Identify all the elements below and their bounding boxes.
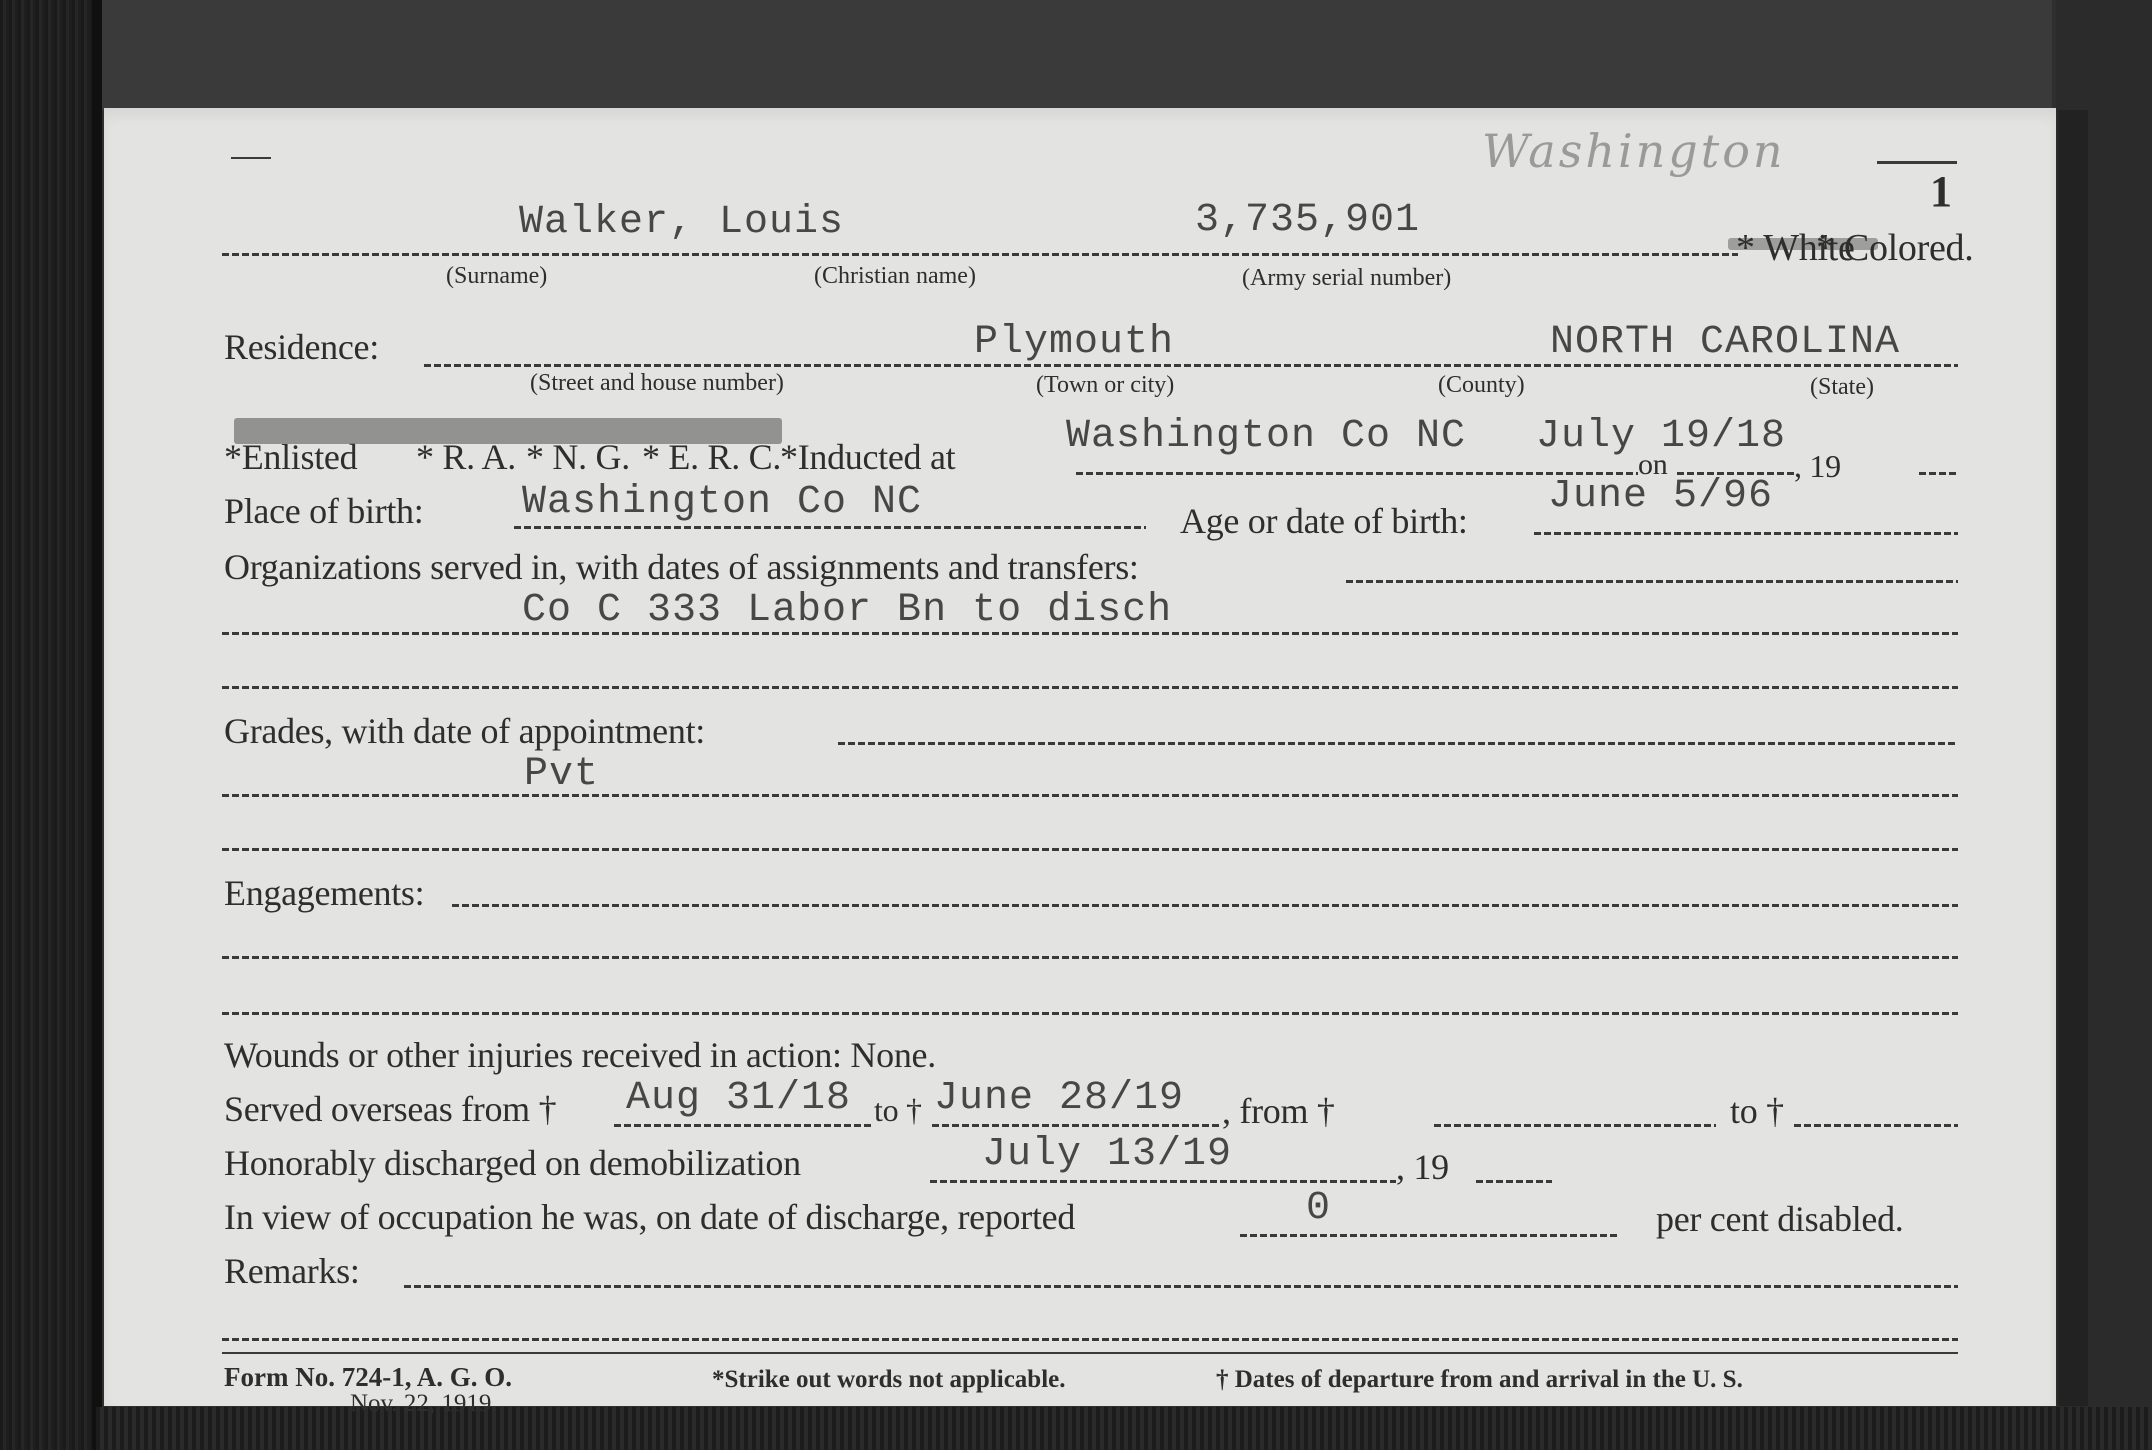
ra-option: * R. A. [416,436,516,478]
disability-label: In view of occupation he was, on date of… [224,1196,1075,1238]
overseas-from-typed: Aug 31/18 [626,1076,851,1121]
christian-name-label: (Christian name) [814,263,976,290]
residence-label: Residence: [224,326,379,368]
race-colored-option: * Colored. [1816,226,1973,270]
grades-line-2 [222,794,1958,797]
state-label: (State) [1810,374,1874,401]
dates-note: † Dates of departure from and arrival in… [1216,1366,1743,1394]
date-of-birth-typed: June 5/96 [1548,474,1773,519]
place-of-birth-label: Place of birth: [224,490,423,532]
overseas-to-line [932,1124,1222,1127]
engagements-line-1 [452,904,1958,907]
year-suffix: , 19 [1794,448,1841,485]
place-of-birth-line [514,526,1146,529]
form-date: Nov. 22, 1919. [350,1390,498,1418]
grades-line-1 [838,742,1958,745]
scan-background-right-strip [2058,110,2088,1406]
discharge-line [930,1180,1396,1183]
grades-line-3 [222,848,1958,851]
overseas-from2-line [1434,1124,1716,1127]
disability-suffix: per cent disabled. [1656,1198,1904,1240]
county-label: (County) [1438,372,1525,399]
scan-background-top [102,0,2052,110]
organizations-line-2 [222,632,1958,635]
surname-label: (Surname) [446,263,547,290]
date-of-birth-line [1534,532,1958,535]
remarks-line-2 [222,1338,1958,1341]
induction-date-typed: July 19/18 [1536,414,1786,459]
scan-background-edge [92,0,102,1450]
town-label: (Town or city) [1036,372,1174,399]
card-number-rule [1877,161,1957,164]
serial-number-label: (Army serial number) [1242,265,1451,292]
county-annotation-handwritten: Washington [1482,124,1786,178]
grades-typed: Pvt [524,752,599,797]
remarks-line-1 [404,1285,1958,1288]
enlisted-option: *Enlisted [224,436,357,478]
year-line [1919,472,1958,475]
form-number: Form No. 724-1, A. G. O. [224,1362,512,1393]
organizations-typed: Co C 333 Labor Bn to disch [522,588,1172,633]
overseas-from-line [614,1124,872,1127]
organizations-line-3 [222,686,1958,689]
organizations-label: Organizations served in, with dates of a… [224,546,1139,588]
discharge-typed: July 13/19 [982,1132,1232,1177]
place-of-birth-typed: Washington Co NC [522,480,922,525]
top-left-mark [231,157,271,159]
serial-number-typed: 3,735,901 [1195,198,1420,243]
discharge-label: Honorably discharged on demobilization [224,1142,801,1184]
residence-town-typed: Plymouth [974,320,1174,365]
ng-option: * N. G. [526,436,630,478]
date-of-birth-label: Age or date of birth: [1180,500,1468,542]
discharge-year-line [1476,1180,1552,1183]
engagements-line-2 [222,956,1958,959]
discharge-year-suffix: , 19 [1396,1146,1449,1188]
scan-background-left [0,0,96,1450]
overseas-to-typed: June 28/19 [934,1076,1184,1121]
overseas-from-label: Served overseas from † [224,1088,556,1130]
strike-out-note: *Strike out words not applicable. [712,1366,1066,1394]
grades-label: Grades, with date of appointment: [224,710,705,752]
organizations-line-1 [1346,580,1958,583]
card-number: 1 [1930,166,1952,217]
wounds-label: Wounds or other injuries received in act… [224,1034,936,1076]
residence-line [424,364,1958,367]
overseas-from2-label: , from † [1222,1090,1335,1132]
overseas-to2-label: to † [1730,1090,1784,1132]
erc-option: * E. R. C. [642,436,781,478]
street-label: (Street and house number) [530,370,784,397]
disability-line [1240,1234,1620,1237]
service-record-card: Washington 1 Walker, Louis 3,735,901 * W… [104,108,2056,1406]
overseas-to-label: to † [874,1092,922,1129]
residence-state-typed: NORTH CAROLINA [1550,320,1900,365]
engagements-label: Engagements: [224,872,424,914]
disability-typed: 0 [1306,1186,1331,1231]
induction-place-typed: Washington Co NC [1066,414,1466,459]
engagements-line-3 [222,1012,1958,1015]
footer-rule [222,1352,1958,1354]
overseas-to2-line [1794,1124,1958,1127]
remarks-label: Remarks: [224,1250,360,1292]
name-serial-line [222,253,1738,256]
inducted-option: *Inducted at [780,436,955,478]
name-typed: Walker, Louis [519,200,844,245]
